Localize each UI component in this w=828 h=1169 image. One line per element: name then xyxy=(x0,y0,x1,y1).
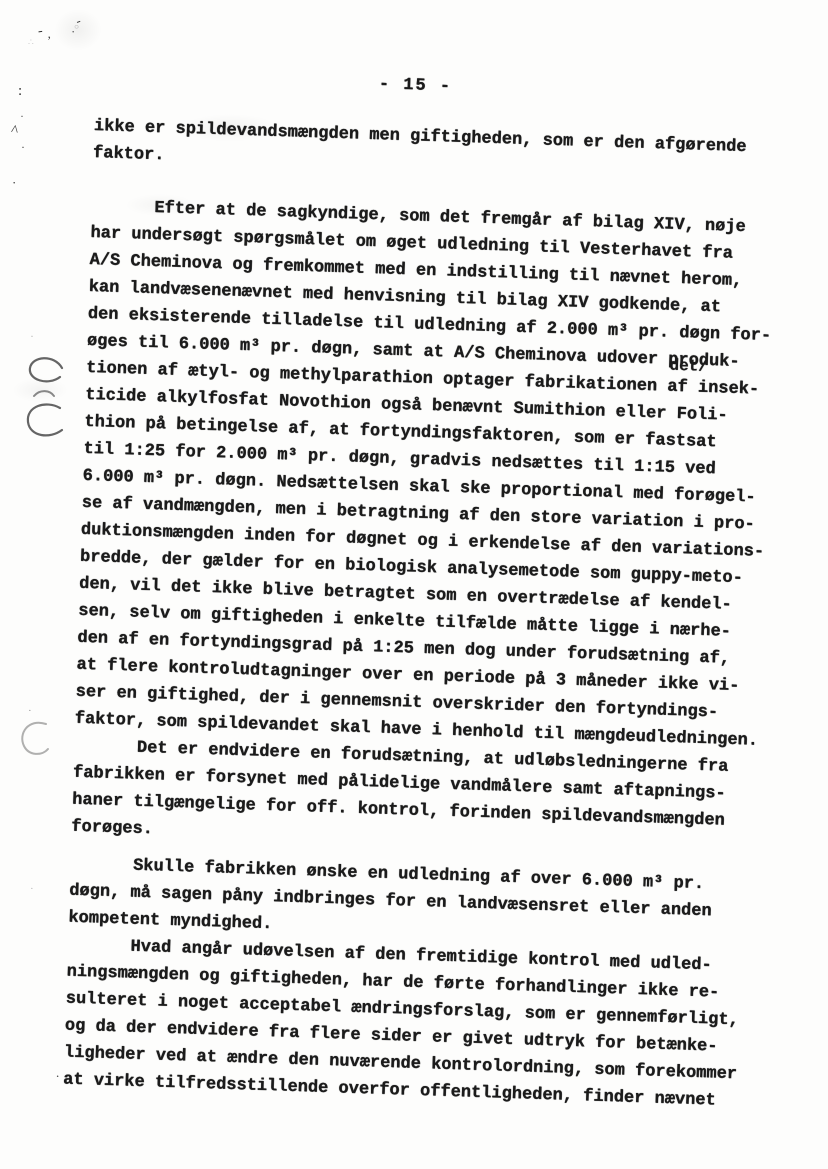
paragraphs-container: ikke er spildevandsmængden men giftighed… xyxy=(63,113,798,1116)
margin-mark: - xyxy=(74,14,83,28)
paragraph: Hvad angår udøvelsen af den fremtidige k… xyxy=(63,932,772,1117)
paragraph: Det er endvidere en forudsætning, at udl… xyxy=(71,733,778,864)
page-number: - 15 - xyxy=(95,62,736,110)
interline-insertion: det/ xyxy=(669,358,708,375)
margin-mark: · xyxy=(20,110,24,122)
text-block: - 15 - ikke er spildevandsmængden men gi… xyxy=(63,62,800,1116)
margin-mark: : xyxy=(18,84,22,99)
margin-mark: - xyxy=(37,25,44,40)
margin-mark: ° xyxy=(74,22,79,35)
margin-mark: · xyxy=(30,884,34,895)
margin-scribble-icon xyxy=(20,352,70,438)
margin-mark: ∴ xyxy=(28,38,34,47)
margin-mark: ‚ xyxy=(47,27,51,40)
margin-mark: . xyxy=(56,1066,59,1079)
margin-mark: · xyxy=(71,25,75,38)
margin-mark: · xyxy=(21,141,25,153)
paragraph: ikke er spildevandsmængden men giftighed… xyxy=(93,113,798,190)
margin-curve-icon xyxy=(16,716,58,762)
margin-mark: · xyxy=(30,330,34,342)
margin-mark: ^ xyxy=(10,124,19,140)
margin-mark: · xyxy=(12,176,16,189)
scanned-document-page: { "colors":{ "paper":"#fdfdfc", "ink":"#… xyxy=(0,0,828,1169)
paragraph: Efter at de sagkyndige, som det fremgår … xyxy=(74,193,795,755)
margin-mark: · xyxy=(28,706,32,717)
